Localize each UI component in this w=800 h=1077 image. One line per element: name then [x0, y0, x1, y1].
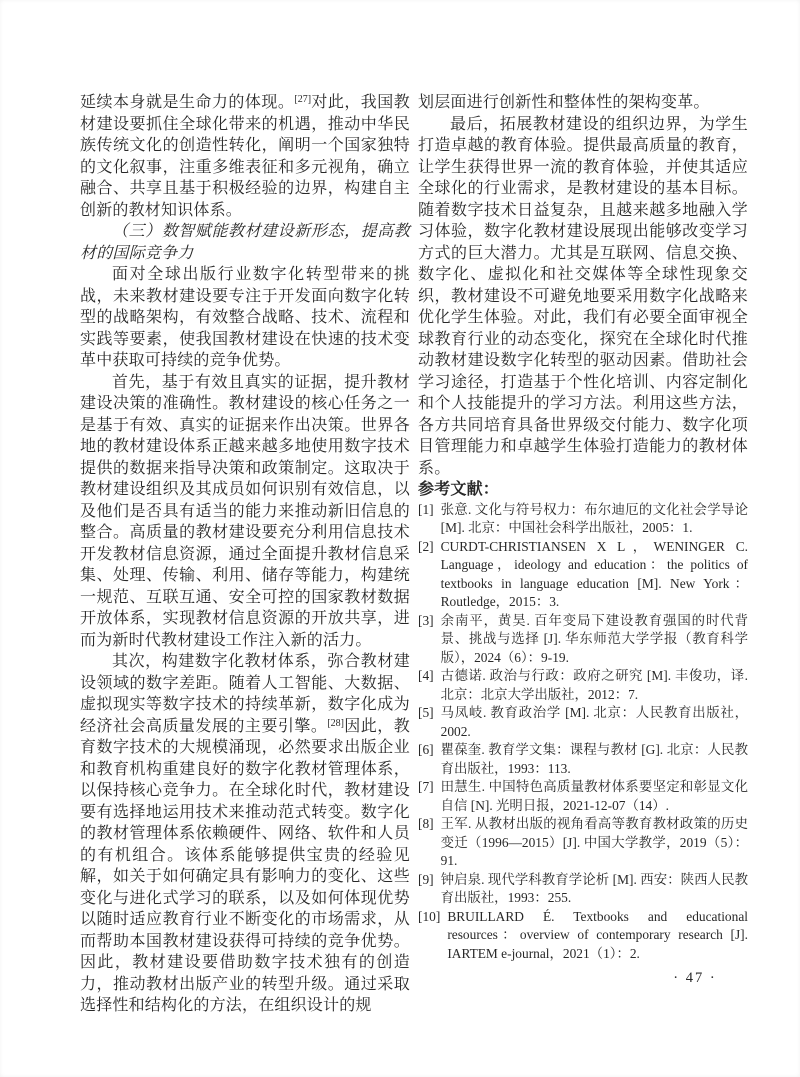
reference-number: [10]	[418, 908, 440, 964]
reference-number: [3]	[418, 612, 434, 668]
page-number: · 47 ·	[630, 970, 760, 987]
journal-page: 延续本身就是生命力的体现。[27]对此，我国教材建设要抓住全球化带来的机遇，推动…	[0, 0, 800, 1077]
reference-item: [10] BRUILLARD É. Textbooks and educatio…	[418, 908, 748, 964]
reference-item: [9] 钟启泉. 现代学科教育学论析 [M]. 西安：陕西人民教育出版社，199…	[418, 871, 748, 908]
citation-superscript-28: [28]	[327, 718, 344, 729]
reference-number: [9]	[418, 871, 434, 908]
reference-text: 田慧生. 中国特色高质量教材体系要坚定和彰显文化自信 [N]. 光明日报，202…	[441, 778, 748, 815]
two-column-layout: 延续本身就是生命力的体现。[27]对此，我国教材建设要抓住全球化带来的机遇，推动…	[80, 92, 748, 1017]
body-paragraph: 首先，基于有效且真实的证据，提升教材建设决策的准确性。教材建设的核心任务之一是基…	[80, 372, 410, 652]
reference-text: 马凤岐. 教育政治学 [M]. 北京：人民教育出版社，2002.	[441, 704, 748, 741]
reference-text: 瞿葆奎. 教育学文集：课程与教材 [G]. 北京：人民教育出版社，1993：11…	[441, 741, 748, 778]
reference-item: [3] 余南平，黄昊. 百年变局下建设教育强国的时代背景、挑战与选择 [J]. …	[418, 612, 748, 668]
reference-text: CURDT-CHRISTIANSEN X L，WENINGER C. Langu…	[441, 538, 748, 612]
body-paragraph: 面对全球出版行业数字化转型带来的挑战，未来教材建设要专注于开发面向数字化转型的战…	[80, 264, 410, 372]
reference-number: [6]	[418, 741, 434, 778]
reference-item: [5] 马凤岐. 教育政治学 [M]. 北京：人民教育出版社，2002.	[418, 704, 748, 741]
paragraph-continuation-from-previous-page: 延续本身就是生命力的体现。[27]对此，我国教材建设要抓住全球化带来的机遇，推动…	[80, 92, 410, 221]
paragraph-continuation: 划层面进行创新性和整体性的架构变革。	[418, 92, 748, 114]
right-column: 划层面进行创新性和整体性的架构变革。 最后，拓展教材建设的组织边界，为学生打造卓…	[418, 92, 748, 1017]
references-heading: 参考文献：	[418, 479, 748, 501]
left-column: 延续本身就是生命力的体现。[27]对此，我国教材建设要抓住全球化带来的机遇，推动…	[80, 92, 410, 1017]
reference-item: [8] 王军. 从教材出版的视角看高等教育教材政策的历史变迁（1996—2015…	[418, 815, 748, 871]
reference-number: [8]	[418, 815, 434, 871]
references-list: [1] 张意. 文化与符号权力：布尔迪厄的文化社会学导论 [M]. 北京：中国社…	[418, 501, 748, 964]
reference-item: [4] 古德诺. 政治与行政：政府之研究 [M]. 丰俊功，译. 北京：北京大学…	[418, 667, 748, 704]
paragraph-text: 因此，教育数字技术的大规模涌现，必然要求出版企业和教育机构重建良好的数字化教材管…	[80, 718, 410, 1015]
reference-number: [5]	[418, 704, 434, 741]
body-paragraph: 其次，构建数字化教材体系，弥合教材建设领域的数字差距。随着人工智能、大数据、虚拟…	[80, 651, 410, 1017]
reference-item: [2] CURDT-CHRISTIANSEN X L，WENINGER C. L…	[418, 538, 748, 612]
reference-item: [6] 瞿葆奎. 教育学文集：课程与教材 [G]. 北京：人民教育出版社，199…	[418, 741, 748, 778]
reference-number: [2]	[418, 538, 434, 612]
reference-item: [7] 田慧生. 中国特色高质量教材体系要坚定和彰显文化自信 [N]. 光明日报…	[418, 778, 748, 815]
reference-number: [4]	[418, 667, 434, 704]
paragraph-text: 延续本身就是生命力的体现。	[80, 94, 294, 111]
reference-item: [1] 张意. 文化与符号权力：布尔迪厄的文化社会学导论 [M]. 北京：中国社…	[418, 501, 748, 538]
reference-text: 王军. 从教材出版的视角看高等教育教材政策的历史变迁（1996—2015）[J]…	[441, 815, 748, 871]
reference-text: 余南平，黄昊. 百年变局下建设教育强国的时代背景、挑战与选择 [J]. 华东师范…	[441, 612, 748, 668]
section-heading-3: （三）数智赋能教材建设新形态，提高教材的国际竞争力	[80, 221, 410, 264]
paragraph-text: 对此，我国教材建设要抓住全球化带来的机遇，推动中华民族传统文化的创造性转化，阐明…	[80, 94, 410, 219]
citation-superscript-27: [27]	[294, 94, 311, 105]
reference-text: 古德诺. 政治与行政：政府之研究 [M]. 丰俊功，译. 北京：北京大学出版社，…	[441, 667, 748, 704]
reference-text: 张意. 文化与符号权力：布尔迪厄的文化社会学导论 [M]. 北京：中国社会科学出…	[441, 501, 748, 538]
reference-text: BRUILLARD É. Textbooks and educational r…	[447, 908, 748, 964]
reference-number: [7]	[418, 778, 434, 815]
body-paragraph: 最后，拓展教材建设的组织边界，为学生打造卓越的教育体验。提供最高质量的教育，让学…	[418, 114, 748, 480]
reference-text: 钟启泉. 现代学科教育学论析 [M]. 西安：陕西人民教育出版社，1993：25…	[441, 871, 748, 908]
reference-number: [1]	[418, 501, 434, 538]
